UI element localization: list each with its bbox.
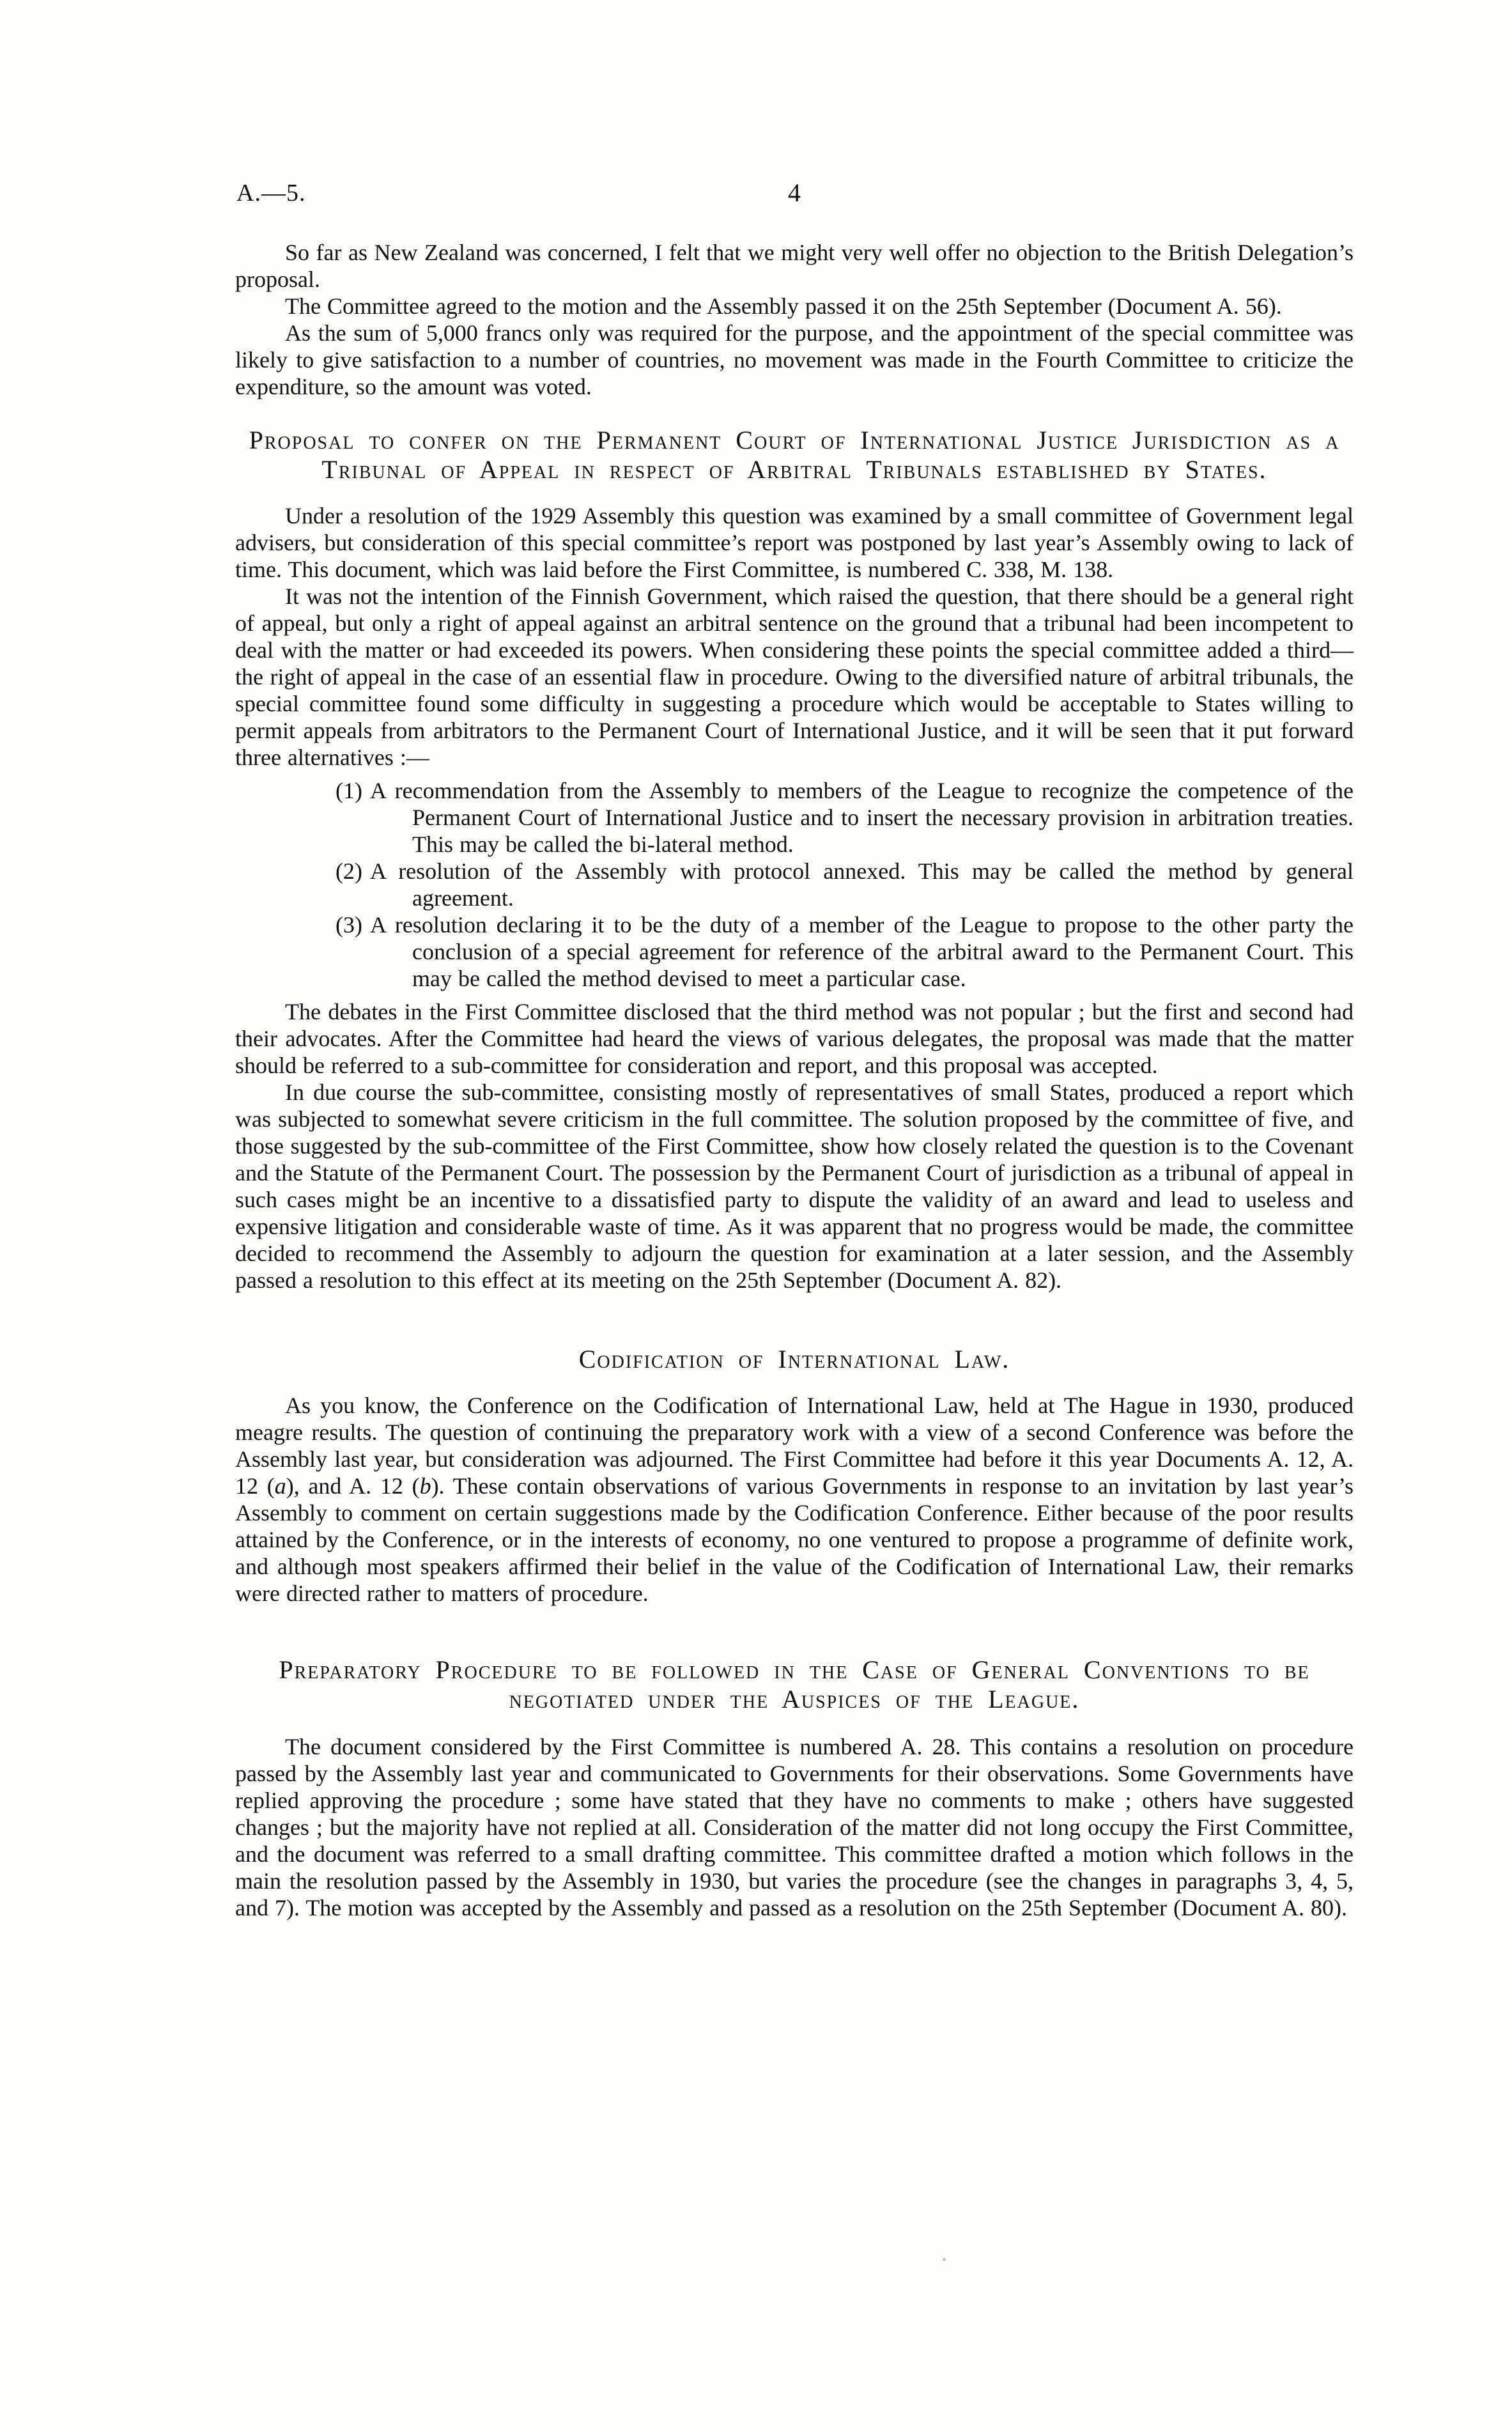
paragraph: It was not the intention of the Finnish … (235, 583, 1354, 771)
paragraph: The debates in the First Committee discl… (235, 998, 1354, 1079)
text-column: A.—5. 4 So far as New Zealand was concer… (235, 178, 1354, 1921)
list-item-marker: (3) (336, 912, 370, 938)
list-item: (3)A resolution declaring it to be the d… (235, 911, 1354, 992)
paragraph: The Committee agreed to the motion and t… (235, 293, 1354, 320)
section-heading: Proposal to confer on the Permanent Cour… (235, 426, 1354, 484)
italic-run: b (420, 1473, 431, 1499)
paragraph: Under a resolution of the 1929 Assembly … (235, 502, 1354, 583)
page-header: A.—5. 4 (235, 178, 1354, 207)
list-item-marker: (2) (336, 858, 370, 884)
heading-line: Proposal to confer on the Permanent Cour… (235, 426, 1354, 455)
heading-line: Tribunal of Appeal in respect of Arbitra… (235, 455, 1354, 484)
list-item-marker: (1) (336, 778, 370, 803)
scan-speck (1339, 511, 1343, 514)
document-page: A.—5. 4 So far as New Zealand was concer… (0, 0, 1512, 2428)
scan-speck (1341, 1539, 1344, 1542)
document-content: So far as New Zealand was concerned, I f… (235, 239, 1354, 1921)
heading-line: Preparatory Procedure to be followed in … (235, 1655, 1354, 1685)
section-heading: Preparatory Procedure to be followed in … (235, 1655, 1354, 1714)
paragraph: So far as New Zealand was concerned, I f… (235, 239, 1354, 293)
page-number: 4 (788, 178, 801, 208)
paragraph: As the sum of 5,000 francs only was requ… (235, 320, 1354, 400)
list-item: (2)A resolution of the Assembly with pro… (235, 858, 1354, 911)
italic-run: a (275, 1473, 286, 1499)
paragraph: As you know, the Conference on the Codif… (235, 1392, 1354, 1607)
paragraph: In due course the sub-committee, consist… (235, 1079, 1354, 1294)
list-item: (1)A recommendation from the Assembly to… (235, 777, 1354, 858)
heading-line: Codification of International Law. (235, 1345, 1354, 1374)
scan-speck (943, 2258, 946, 2261)
section-heading: Codification of International Law. (235, 1345, 1354, 1374)
document-reference: A.—5. (236, 179, 305, 207)
alternatives-list: (1)A recommendation from the Assembly to… (235, 777, 1354, 992)
heading-line: negotiated under the Auspices of the Lea… (235, 1685, 1354, 1714)
paragraph: The document considered by the First Com… (235, 1733, 1354, 1921)
